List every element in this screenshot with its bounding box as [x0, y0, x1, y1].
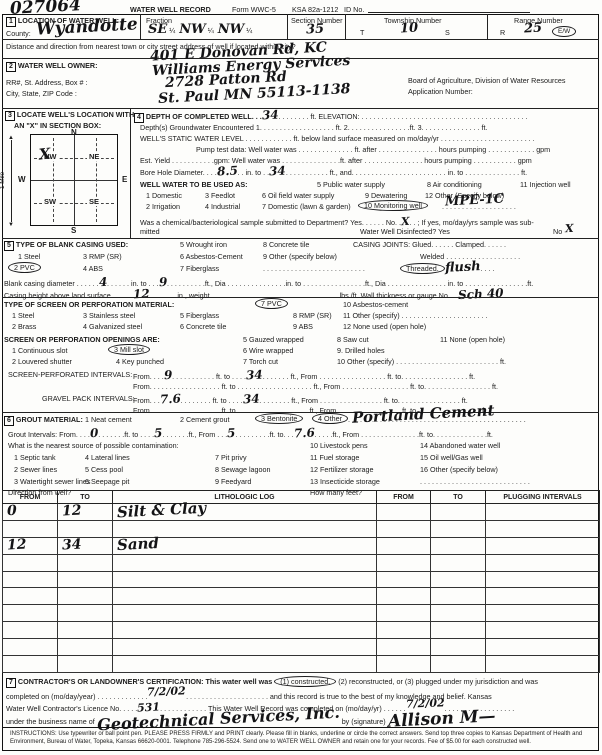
sec5-numbox: 5 — [4, 241, 14, 251]
cell-plug-to — [431, 622, 486, 639]
opening-option-6: 6 Wire wrapped — [243, 346, 293, 355]
agency-label: Board of Agriculture, Division of Water … — [408, 76, 566, 85]
certification-line1-tail: (2) reconstructed, or (3) plugged under … — [338, 677, 538, 686]
bore-label-2: . . in. to . . — [238, 168, 270, 177]
threaded-flush-handwritten: flush — [445, 261, 481, 274]
form-number: Form WWC-5 — [232, 5, 276, 14]
table-row — [3, 571, 600, 588]
grout-option-3-circled: 3 Bentonite — [255, 413, 303, 424]
section-box-dash-left — [53, 138, 54, 222]
id-no-label: ID No. — [344, 5, 364, 14]
cell-from — [3, 588, 58, 605]
cell-log — [113, 622, 377, 639]
township-s-label: S — [445, 28, 450, 37]
spi-from-label: From. . . . — [133, 372, 164, 381]
cell-to — [58, 554, 113, 571]
contamination-question: What is the nearest source of possible c… — [8, 441, 179, 450]
use-option-6: 6 Oil field water supply — [262, 191, 334, 200]
cell-plug-interval — [486, 537, 600, 554]
cell-plug-from — [377, 639, 431, 656]
table-row — [3, 622, 600, 639]
cell-plug-to — [431, 588, 486, 605]
depth-value-handwritten: 34 — [261, 110, 278, 121]
cell-plug-to — [431, 656, 486, 673]
cell-log — [113, 571, 377, 588]
instructions-text: INSTRUCTIONS: Use typewriter or ball poi… — [10, 731, 582, 745]
signature-label: by (signature) — [342, 717, 386, 726]
screen-option-4: 4 Galvanized steel — [83, 322, 142, 331]
sec5-title: TYPE OF BLANK CASING USED: — [16, 240, 128, 249]
use-option-10-circled: 10 Monitoring well — [358, 200, 428, 211]
elevation-label: . . . . . . . . ft. ELEVATION: . . . . .… — [278, 112, 527, 121]
sec7-numbox: 7 — [6, 678, 16, 688]
well-x-mark-handwritten: X — [38, 147, 51, 161]
col-to-left: TO — [58, 491, 113, 504]
mitted-label: mitted — [140, 227, 160, 236]
cell-plug-interval — [486, 605, 600, 622]
sec2-header: 2WATER WELL OWNER: — [6, 61, 98, 72]
gp-to-label: . . . . . . . . ft. to . . . . — [181, 396, 243, 405]
cell-plug-from — [377, 605, 431, 622]
cell-plug-from — [377, 622, 431, 639]
contamination-option-1: 1 Septic tank — [14, 453, 56, 462]
cell-plug-to — [431, 537, 486, 554]
quadrant-ne: NE — [87, 152, 101, 161]
table-row: 1234Sand — [3, 537, 600, 554]
water-well-record-form: 027064 WATER WELL RECORD Form WWC-5 KSA … — [0, 0, 602, 755]
cell-to — [58, 656, 113, 673]
county-label: County: — [6, 29, 31, 38]
use-option-3: 3 Feedlot — [205, 191, 235, 200]
certification-line2-tail: . . . . . . . . . . . . . . . . . . . . … — [186, 692, 492, 701]
openings-header: SCREEN OR PERFORATION OPENINGS ARE: — [4, 335, 160, 344]
sec3-title-line1: LOCATE WELL'S LOCATION WITH — [17, 110, 134, 119]
disinfected-question: Water Well Disinfected? Yes — [360, 227, 450, 236]
cell-to — [58, 605, 113, 622]
contamination-option-3: 3 Watertight sewer lines — [14, 477, 90, 486]
gauge-value-handwritten: Sch 40 — [458, 288, 504, 300]
cell-to — [58, 588, 113, 605]
groundwater-encountered-line: Depth(s) Groundwater Encountered 1. . . … — [140, 123, 488, 132]
sec2-bottom-border — [2, 108, 599, 109]
threaded-circled: Threaded. — [400, 263, 445, 274]
sec1-numbox: 1 — [6, 17, 16, 27]
cell-to — [58, 571, 113, 588]
county-value-handwritten: Wyandotte — [36, 17, 138, 36]
sec1-col-line-3 — [345, 14, 346, 39]
use-other-handwritten: MPE-1C — [445, 193, 505, 207]
use-option-5: 5 Public water supply — [317, 180, 385, 189]
gi-v1-handwritten: 0 — [90, 428, 99, 438]
bore-label-3: . . . . . . . . . . . ft., and. . . . . … — [286, 168, 527, 177]
use-option-7: 7 Domestic (lawn & garden) — [262, 202, 351, 211]
table-row — [3, 554, 600, 571]
gi-label-d: . . . . . . . . .ft. to. . . — [236, 430, 294, 439]
gravel-pack-line1: From. . .7.6. . . . . . . . ft. to . . .… — [133, 394, 468, 405]
sample-submitted-line: Was a chemical/bacteriological sample su… — [140, 216, 534, 227]
gi-label-b: . . . . . . .ft. to . . . . — [98, 430, 154, 439]
table-row — [3, 520, 600, 537]
casing-option-2-circled: 2 PVC — [8, 262, 41, 273]
opening-option-4: 4 Key punched — [116, 357, 164, 366]
height-label-3: . . . . . . . . — [503, 291, 533, 300]
grout-intervals-line: Grout Intervals: From. . . .0. . . . . .… — [8, 428, 493, 439]
cell-from: 12 — [3, 537, 58, 554]
completed-on-label: completed on (mo/day/year) . . . . . . .… — [6, 692, 147, 701]
static-water-level-line: WELL'S STATIC WATER LEVEL . . . . . . . … — [140, 134, 535, 143]
table-row — [3, 588, 600, 605]
fraction-2-handwritten: NW — [179, 22, 205, 37]
spi-tail: . . . . . . . ft., From . . . . . . . . … — [263, 372, 475, 381]
sec3-bottom-border — [2, 238, 599, 239]
cell-plug-from — [377, 537, 431, 554]
cell-plug-interval — [486, 588, 600, 605]
screen-option-3: 3 Stainless steel — [83, 311, 135, 320]
cell-plug-to — [431, 639, 486, 656]
screen-option-10: 10 Asbestos-cement — [343, 300, 408, 309]
screen-option-5: 5 Fiberglass — [180, 311, 219, 320]
contamination-option-10: 10 Livestock pens — [310, 441, 368, 450]
sec2-numbox: 2 — [6, 62, 16, 72]
owner-city-label: City, State, ZIP Code : — [6, 89, 77, 98]
cell-plug-from — [377, 554, 431, 571]
use-header: WELL WATER TO BE USED AS: — [140, 180, 248, 189]
range-r-label: R — [500, 28, 505, 37]
sec1-col-line-1 — [140, 14, 141, 39]
cell-log: Silt & Clay — [113, 504, 377, 521]
cell-log — [113, 588, 377, 605]
range-value-handwritten: 25 — [524, 23, 543, 35]
section-number-handwritten: 35 — [306, 24, 325, 36]
screen-option-9: 9 ABS — [293, 322, 313, 331]
sec6-header: 6GROUT MATERIAL: — [4, 415, 83, 426]
screen-option-8: 8 RMP (SR) — [293, 311, 332, 320]
col-plugging-intervals: PLUGGING INTERVALS — [486, 491, 600, 504]
signature-handwritten: Allison M— — [387, 710, 495, 729]
application-number-label: Application Number: — [408, 87, 473, 96]
contamination-option-16: 16 Other (specify below) — [420, 465, 498, 474]
cell-plug-interval — [486, 639, 600, 656]
cell-plug-from — [377, 520, 431, 537]
col-to-right: TO — [431, 491, 486, 504]
blank-casing-diameter-line: Blank casing diameter . . . . . .4. . . … — [4, 277, 533, 288]
to-handwritten: 34 — [62, 538, 82, 551]
cell-to — [58, 622, 113, 639]
opening-option-9: 9. Drilled holes — [337, 346, 385, 355]
cell-plug-interval — [486, 622, 600, 639]
township-value-handwritten: 10 — [400, 23, 419, 35]
cell-from — [3, 605, 58, 622]
casing-joints-glued-clamped: CASING JOINTS: Glued. . . . . . Clamped.… — [353, 240, 506, 249]
sec5-header: 5TYPE OF BLANK CASING USED: — [4, 240, 128, 251]
screen-perforated-intervals-line2: From. . . . . . . . . . . . . . . . . . … — [133, 382, 498, 391]
spi-to-handwritten: 34 — [246, 370, 263, 381]
section-location-box: NW NE SW SE X — [30, 134, 118, 226]
sec1-col-line-4 — [487, 14, 488, 39]
casing-option-4: 4 ABS — [83, 264, 103, 273]
business-name-label: under the business name of — [6, 717, 95, 726]
threaded-dots: . . . . — [480, 264, 494, 273]
from-handwritten: 12 — [7, 538, 27, 551]
cell-from — [3, 571, 58, 588]
cell-plug-from — [377, 571, 431, 588]
contamination-option-14: 14 Abandoned water well — [420, 441, 500, 450]
contamination-option-8: 8 Sewage lagoon — [215, 465, 271, 474]
cell-to: 12 — [58, 504, 113, 521]
lithologic-log-table: FROM TO LITHOLOGIC LOG FROM TO PLUGGING … — [2, 490, 600, 673]
cell-from — [3, 520, 58, 537]
opening-option-10: 10 Other (specify) . . . . . . . . . . .… — [337, 357, 506, 366]
screen-perforated-intervals-line1: From. . . .9. . . . . . . . . . . ft. to… — [133, 370, 475, 381]
use-option-1: 1 Domestic — [146, 191, 182, 200]
sec3-numbox: 3 — [5, 111, 15, 121]
cell-log — [113, 639, 377, 656]
quadrant-sw: SW — [42, 197, 58, 206]
quarter-symbol: ¼ — [208, 26, 214, 35]
opening-option-2: 2 Louvered shutter — [12, 357, 72, 366]
fraction-3-handwritten: NW — [218, 22, 244, 37]
col-from-right: FROM — [377, 491, 431, 504]
bore-diameter-handwritten: 8.5 — [216, 165, 237, 176]
compass-s-label: S — [71, 226, 76, 235]
bore-depth-handwritten: 34 — [269, 166, 286, 177]
opening-option-7: 7 Torch cut — [243, 357, 278, 366]
mile-arrow-line — [11, 140, 12, 222]
sec6-numbox: 6 — [4, 416, 14, 426]
contamination-option-7: 7 Pit privy — [215, 453, 247, 462]
casing-option-9: 9 Other (specify below) — [263, 252, 337, 261]
sec6-top-border — [2, 412, 599, 413]
cell-from — [3, 639, 58, 656]
certification-line1: 7CONTRACTOR'S OR LANDOWNER'S CERTIFICATI… — [6, 676, 538, 688]
fraction-1-handwritten: SE — [148, 22, 167, 37]
cell-from — [3, 554, 58, 571]
certification-line4: under the business name of Geotechnical … — [6, 712, 495, 726]
quarter-symbol: ¼ — [169, 26, 175, 35]
screen-option-11: 11 Other (specify) . . . . . . . . . . .… — [343, 311, 487, 320]
gi-label-e: . . . . .ft., From . . . . . . . . . . .… — [314, 430, 493, 439]
screen-perforated-intervals-label: SCREEN-PERFORATED INTERVALS: — [8, 370, 132, 379]
screen-option-6: 6 Concrete tile — [180, 322, 226, 331]
owner-address-label: RR#, St. Address, Box # : — [6, 78, 88, 87]
cell-from — [3, 622, 58, 639]
log-handwritten: Sand — [117, 537, 160, 552]
ksa-statute: KSA 82a-1212 — [292, 5, 338, 14]
gp-to-handwritten: 34 — [242, 394, 259, 405]
cell-log — [113, 605, 377, 622]
casing-option-7: 7 Fiberglass — [180, 264, 219, 273]
mile-arrow-down-icon: ▼ — [8, 221, 14, 230]
use-option-11: 11 Injection well — [520, 180, 571, 189]
section-box-dash-right — [96, 138, 97, 222]
spi-from-handwritten: 9 — [163, 370, 172, 380]
contamination-option-4: 4 Lateral lines — [85, 453, 130, 462]
sample-no-x-handwritten: X — [401, 216, 410, 227]
col-from-left: FROM — [3, 491, 58, 504]
id-no-blank-line — [368, 12, 530, 13]
sec2-title: WATER WELL OWNER: — [18, 61, 98, 70]
disinfected-x-handwritten: X — [565, 223, 574, 234]
cell-plug-to — [431, 605, 486, 622]
cell-plug-from — [377, 656, 431, 673]
screen-option-1: 1 Steel — [12, 311, 34, 320]
table-header-row: FROM TO LITHOLOGIC LOG FROM TO PLUGGING … — [3, 491, 600, 504]
contamination-option-12: 12 Fertilizer storage — [310, 465, 374, 474]
casing-option-3: 3 RMP (SR) — [83, 252, 122, 261]
gp-from-handwritten: 7.6 — [160, 393, 181, 404]
opening-option-8: 8 Saw cut — [337, 335, 369, 344]
bore-hole-line: Bore Hole Diameter. . . .8.5. . in. to .… — [140, 166, 527, 177]
township-t-label: T — [360, 28, 364, 37]
table-row: 012Silt & Clay — [3, 504, 600, 521]
cell-from: 0 — [3, 504, 58, 521]
grout-option-2: 2 Cement grout — [180, 415, 230, 424]
sec3-right-divider — [130, 108, 131, 238]
log-handwritten: Silt & Clay — [117, 502, 207, 520]
spi-to-label: . . . . . . . . . . . ft. to . . . . — [172, 372, 246, 381]
use-option-8: 8 Air conditioning — [427, 180, 482, 189]
pump-test-line: Pump test data: Well water was . . . . .… — [196, 145, 550, 154]
section-box-center-horizontal — [31, 180, 117, 181]
casing-other-dots: . . . . . . . . . . . . . . . . . . . . … — [263, 264, 365, 273]
casing-option-8: 8 Concrete tile — [263, 240, 309, 249]
cell-to — [58, 639, 113, 656]
cell-to: 34 — [58, 537, 113, 554]
disinfected-no-label: No — [553, 227, 562, 236]
gi-label-a: Grout Intervals: From. . . . — [8, 430, 90, 439]
diam-label-1: Blank casing diameter . . . . . . — [4, 279, 99, 288]
cell-from — [3, 656, 58, 673]
opening-option-1: 1 Continuous slot — [12, 346, 68, 355]
cell-plug-interval — [486, 504, 600, 521]
sample-question: Was a chemical/bacteriological sample su… — [140, 218, 401, 227]
sec1-col-line-2 — [287, 14, 288, 39]
casing-option-6: 6 Asbestos-Cement — [180, 252, 243, 261]
depth-completed-well-line: 4DEPTH OF COMPLETED WELL. . .34. . . . .… — [134, 110, 527, 123]
casing-option-5: 5 Wrought iron — [180, 240, 227, 249]
use-option-9: 9 Dewatering — [365, 191, 407, 200]
cell-plug-to — [431, 520, 486, 537]
one-mile-label: 1 Mile — [0, 172, 7, 189]
height-label-1: Casing height above land surface. . . . … — [4, 291, 133, 300]
sec4-numbox: 4 — [134, 113, 144, 123]
depth-label: DEPTH OF COMPLETED WELL. . . — [146, 112, 262, 121]
height-label-2: . . . . . . . in., weight . . . . . . . … — [149, 291, 458, 300]
screen-option-12: 12 None used (open hole) — [343, 322, 426, 331]
mile-arrow-up-icon: ▲ — [8, 134, 14, 143]
use-option-4: 4 Industrial — [205, 202, 240, 211]
cell-log: Sand — [113, 537, 377, 554]
contamination-option-2: 2 Sewer lines — [14, 465, 57, 474]
table-row — [3, 605, 600, 622]
contamination-option-9: 9 Feedyard — [215, 477, 251, 486]
quadrant-se: SE — [87, 197, 101, 206]
screen-option-2: 2 Brass — [12, 322, 36, 331]
sample-question-tail: . . ; If yes, mo/day/yrs sample was sub- — [410, 218, 534, 227]
cell-plug-interval — [486, 571, 600, 588]
opening-option-3-circled: 3 Mill slot — [108, 344, 150, 355]
bore-label-1: Bore Hole Diameter. . . . — [140, 168, 217, 177]
certification-title: CONTRACTOR'S OR LANDOWNER'S CERTIFICATIO… — [18, 677, 272, 686]
gi-v4-handwritten: 7.6 — [293, 427, 314, 438]
compass-e-label: E — [122, 175, 127, 184]
diam-value-handwritten: 4 — [98, 277, 107, 287]
compass-n-label: N — [71, 128, 77, 137]
instructions-footer: INSTRUCTIONS: Use typewriter or ball poi… — [2, 727, 599, 751]
cell-plug-interval — [486, 554, 600, 571]
completed-date-handwritten: 7/2/02 — [147, 685, 186, 697]
contamination-option-6: 6 Seepage pit — [85, 477, 129, 486]
use-option-2: 2 Irrigation — [146, 202, 180, 211]
opening-option-11: 11 None (open hole) — [440, 335, 505, 344]
cell-plug-to — [431, 571, 486, 588]
grout-option-4-circled: 4 Other — [312, 413, 348, 424]
cell-plug-to — [431, 554, 486, 571]
fraction-values: SE ¼ NW ¼ NW ¼ — [148, 24, 252, 35]
cell-log — [113, 554, 377, 571]
cell-plug-interval — [486, 656, 600, 673]
sec3-header: 3LOCATE WELL'S LOCATION WITH — [5, 110, 134, 121]
contamination-option-13: 13 Insecticide storage — [310, 477, 380, 486]
gravel-pack-intervals-label: GRAVEL PACK INTERVALS: — [42, 394, 135, 403]
gi-label-c: . . . . . . .ft., From . . . — [163, 430, 228, 439]
cell-plug-from — [377, 588, 431, 605]
casing-option-1: 1 Steel — [18, 252, 40, 261]
cell-to — [58, 520, 113, 537]
to-handwritten: 12 — [62, 504, 82, 517]
record-date-handwritten: 7/2/02 — [406, 697, 445, 709]
screen-section-top-border — [2, 297, 599, 298]
opening-option-5: 5 Gauzed wrapped — [243, 335, 304, 344]
est-yield-line: Est. Yield . . . . . . . . . . .gpm: Wel… — [140, 156, 532, 165]
compass-w-label: W — [18, 175, 26, 184]
form-title: WATER WELL RECORD — [130, 5, 211, 14]
contamination-option-11: 11 Fuel storage — [310, 453, 359, 462]
sec6-title: GROUT MATERIAL: — [16, 415, 83, 424]
contamination-other-dots: . . . . . . . . . . . . . . . . . . . . … — [420, 477, 530, 486]
contamination-option-5: 5 Cess pool — [85, 465, 123, 474]
casing-joints-threaded-group: Threaded.flush. . . . — [400, 262, 494, 274]
sec3-title-line2: AN "X" IN SECTION BOX: — [14, 121, 101, 130]
from-handwritten: 0 — [7, 505, 17, 517]
cell-plug-to — [431, 504, 486, 521]
cell-plug-interval — [486, 520, 600, 537]
grout-option-1: 1 Neat cement — [85, 415, 132, 424]
screen-option-7-circled: 7 PVC — [255, 298, 288, 309]
cell-log — [113, 656, 377, 673]
cell-plug-from — [377, 504, 431, 521]
gi-v3-handwritten: 5 — [227, 428, 236, 438]
constructed-circled: (1) constructed, — [274, 676, 336, 687]
table-row — [3, 639, 600, 656]
diam-depth-handwritten: 9 — [158, 277, 167, 287]
quarter-symbol: ¼ — [246, 26, 252, 35]
gp-from-label: From. . . — [133, 396, 160, 405]
gi-v2-handwritten: 5 — [154, 428, 163, 438]
table-row — [3, 656, 600, 673]
screen-material-header: TYPE OF SCREEN OR PERFORATION MATERIAL: — [4, 300, 174, 309]
contamination-option-15: 15 Oil well/Gas well — [420, 453, 483, 462]
